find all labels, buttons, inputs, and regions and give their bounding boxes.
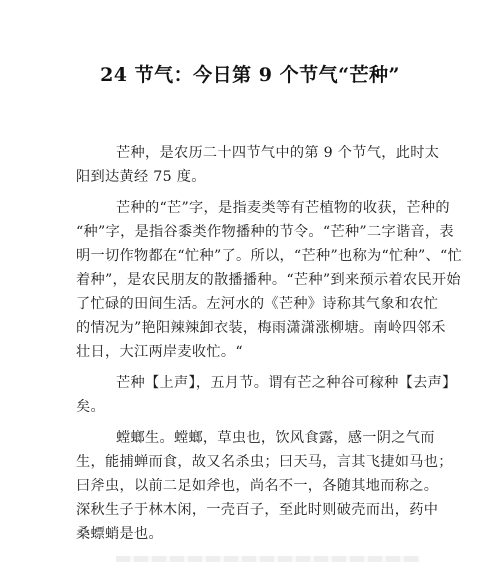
text-line: 阳到达黄经 75 度。: [76, 165, 426, 189]
text-line: 壮日，大江两岸麦收忙。“: [76, 340, 426, 364]
faded-text-line: [116, 556, 420, 562]
text-line: 芒种【上声】，五月节。谓有芒之种谷可稼种【去声】: [76, 371, 426, 395]
paragraph-1: 芒种，是农历二十四节气中的第 9 个节气，此时太 阳到达黄经 75 度。: [76, 141, 426, 189]
paragraph-2: 芒种的“芒”字，是指麦类等有芒植物的收获，芒种的 “种”字，是指谷黍类作物播种的…: [76, 196, 426, 364]
text-line: “种”字，是指谷黍类作物播种的节令。“芒种”二字谐音，表: [76, 220, 426, 244]
text-line: 芒种的“芒”字，是指麦类等有芒植物的收获，芒种的: [76, 196, 426, 220]
text-line: 螳螂生。螳螂，草虫也，饮风食露，感一阴之气而: [76, 426, 426, 450]
text-line: 芒种，是农历二十四节气中的第 9 个节气，此时太: [76, 141, 426, 165]
text-line: 曰斧虫，以前二足如斧也，尚名不一，各随其地而称之。: [76, 474, 426, 498]
text-line: 桑螵蛸是也。: [76, 522, 426, 546]
text-line: 矣。: [76, 395, 426, 419]
document-page: 24 节气：今日第 9 个节气“芒种” 芒种，是农历二十四节气中的第 9 个节气…: [0, 0, 500, 565]
text-line: 了忙碌的田间生活。左河水的《芒种》诗称其气象和农忙: [76, 292, 426, 316]
paragraph-3: 芒种【上声】，五月节。谓有芒之种谷可稼种【去声】 矣。: [76, 371, 426, 419]
paragraph-4: 螳螂生。螳螂，草虫也，饮风食露，感一阴之气而 生，能捕蝉而食，故又名杀虫；曰天马…: [76, 426, 426, 546]
text-line: 深秋生子于林木闲，一壳百子，至此时则破壳而出，药中: [76, 498, 426, 522]
text-line: 生，能捕蝉而食，故又名杀虫；曰天马，言其飞捷如马也；: [76, 450, 426, 474]
document-body: 芒种，是农历二十四节气中的第 9 个节气，此时太 阳到达黄经 75 度。 芒种的…: [76, 141, 426, 546]
document-title: 24 节气：今日第 9 个节气“芒种”: [0, 60, 500, 87]
text-line: 的情况为”艳阳辣辣卸衣装，梅雨潇潇涨柳塘。南岭四邻禾: [76, 316, 426, 340]
text-line: 着种”，是农民朋友的散播播种。“芒种”到来预示着农民开始: [76, 268, 426, 292]
text-line: 明一切作物都在“忙种”了。所以，“芒种”也称为“忙种”、“忙: [76, 244, 426, 268]
